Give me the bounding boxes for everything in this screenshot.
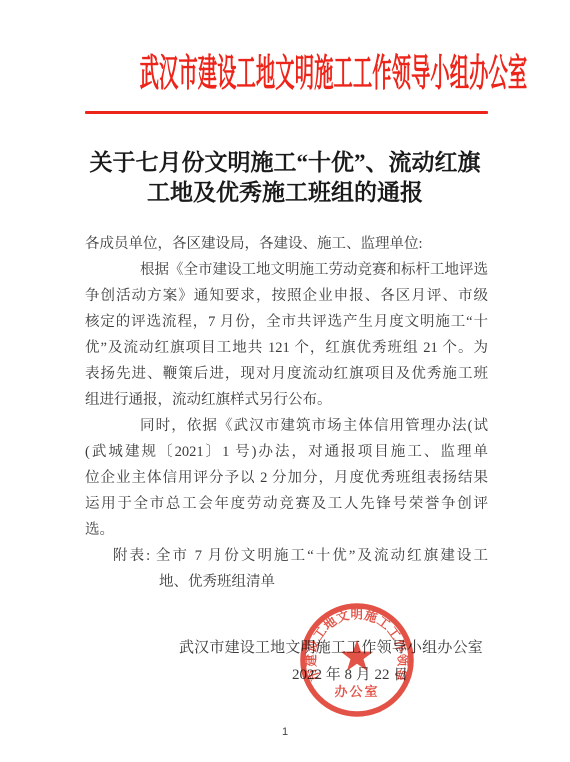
body-line: 表扬先进、鞭策后进，现对月度流动红旗项目及优秀施工班 <box>85 361 488 387</box>
body-line: 附表: 全市 7 月份文明施工“十优”及流动红旗建设工 <box>85 543 488 569</box>
body-line: 组进行通报，流动红旗样式另行公布。 <box>85 387 488 413</box>
seal-bottom-text: 办公室 <box>334 684 379 699</box>
letterhead-divider-line <box>85 111 488 114</box>
body-line: 根据《全市建设工地文明施工劳动竞赛和标杆工地评选 <box>85 257 488 283</box>
body-line: 优”及流动红旗项目工地共 121 个，红旗优秀班组 21 个。为 <box>85 335 488 361</box>
body-line: (武城建规〔2021〕1 号)办法，对通报项目施工、监理单 <box>85 439 488 465</box>
signature-date: 2022 年 8 月 22 日 <box>292 663 408 684</box>
seal-ring <box>303 606 411 714</box>
document-body: 各成员单位，各区建设局，各建设、施工、监理单位:根据《全市建设工地文明施工劳动竞… <box>85 231 488 595</box>
body-line: 同时，依据《武汉市建筑市场主体信用管理办法(试行)》 <box>85 413 488 439</box>
document-page: 武汉市建设工地文明施工工作领导小组办公室 关于七月份文明施工“十优”、流动红旗 … <box>0 0 570 762</box>
page-number: 1 <box>0 726 570 738</box>
document-title: 关于七月份文明施工“十优”、流动红旗 工地及优秀施工班组的通报 <box>0 148 570 208</box>
body-line: 争创活动方案》通知要求，按照企业申报、各区月评、市级 <box>85 283 488 309</box>
body-line: 位企业主体信用评分予以 2 分加分，月度优秀班组表扬结果 <box>85 465 488 491</box>
document-title-line1: 关于七月份文明施工“十优”、流动红旗 <box>0 148 570 178</box>
body-line: 选。 <box>85 517 488 543</box>
body-line: 各成员单位，各区建设局，各建设、施工、监理单位: <box>85 231 488 257</box>
signature-org-name: 武汉市建设工地文明施工工作领导小组办公室 <box>0 636 483 657</box>
body-line: 运用于全市总工会年度劳动竞赛及工人先锋号荣誉争创评 <box>85 491 488 517</box>
document-title-line2: 工地及优秀施工班组的通报 <box>0 178 570 208</box>
body-line: 地、优秀班组清单 <box>85 569 488 595</box>
letterhead-org-name: 武汉市建设工地文明施工工作领导小组办公室 <box>140 48 431 100</box>
official-red-seal: 武汉市建设工地文明施工工作领导小组 办公室 <box>297 600 417 720</box>
body-line: 核定的评选流程，7 月份，全市共评选产生月度文明施工“十 <box>85 309 488 335</box>
